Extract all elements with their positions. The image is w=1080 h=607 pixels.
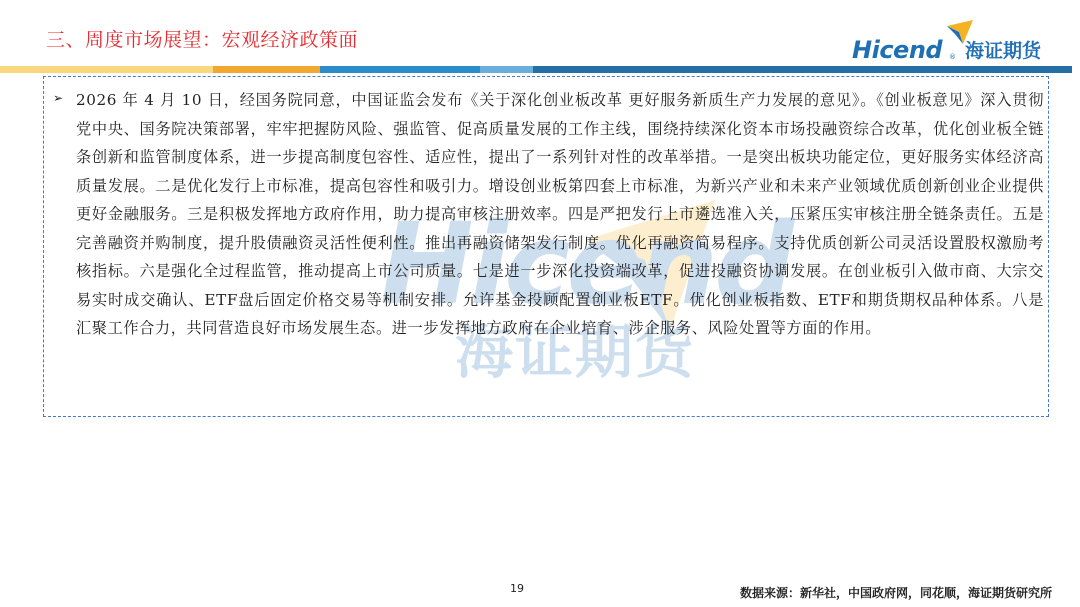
registered-mark: ® — [949, 53, 956, 61]
page-number: 19 — [510, 582, 524, 595]
page-title: 三、周度市场展望：宏观经济政策面 — [46, 27, 358, 53]
company-logo: Hicend ® 海证期货 — [852, 20, 1072, 66]
policy-paragraph: 2026 年 4 月 10 日，经国务院同意，中国证监会发布《关于深化创业板改革… — [76, 86, 1044, 343]
header-color-stripe — [0, 66, 1072, 73]
logo-wordmark: Hicend — [852, 36, 942, 64]
stripe-segment-blue — [320, 66, 480, 73]
logo-chinese-name: 海证期货 — [965, 38, 1041, 64]
stripe-segment-dark-blue — [533, 66, 1072, 73]
stripe-segment-orange — [213, 66, 320, 73]
stripe-segment-light-yellow — [0, 66, 213, 73]
stripe-segment-light-blue — [480, 66, 533, 73]
arrowhead-bullet-icon: ➢ — [53, 91, 63, 105]
data-source-note: 数据来源：新华社，中国政府网，同花顺，海证期货研究所 — [740, 584, 1052, 601]
content-box: ➢ 2026 年 4 月 10 日，经国务院同意，中国证监会发布《关于深化创业板… — [43, 76, 1049, 417]
